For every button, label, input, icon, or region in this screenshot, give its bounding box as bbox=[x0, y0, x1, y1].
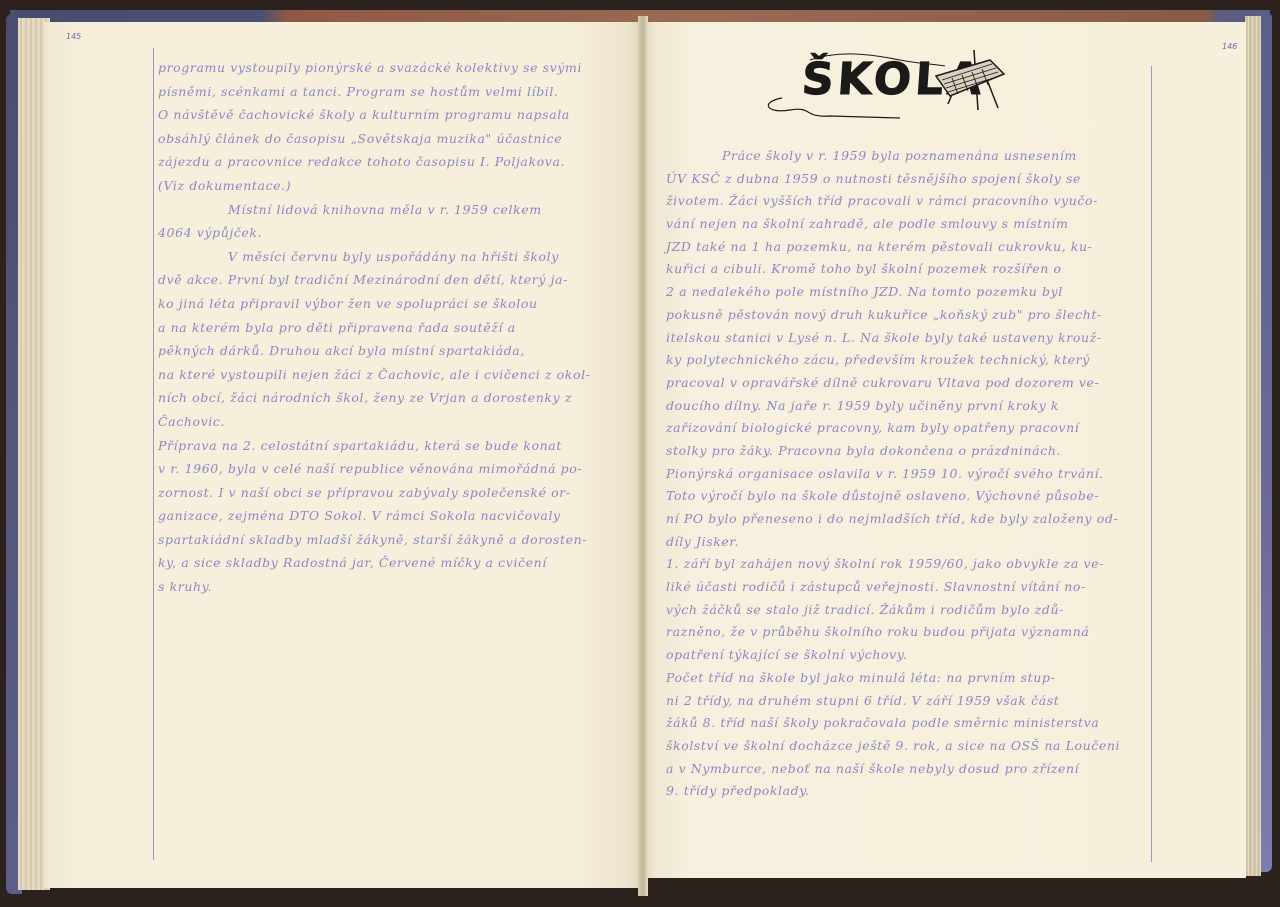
text-line: vání nejen na školní zahradě, ale podle … bbox=[666, 213, 1120, 236]
text-line: obsáhlý článek do časopisu „Sovětskaja m… bbox=[158, 127, 591, 151]
text-line: razněno, že v průběhu školního roku budo… bbox=[666, 621, 1120, 644]
text-line: Čachovic. bbox=[158, 410, 591, 434]
text-line: zornost. I v naší obci se přípravou zabý… bbox=[158, 481, 591, 505]
text-line: ky, a sice skladby Radostná jar, Červené… bbox=[158, 551, 591, 575]
text-line: Příprava na 2. celostátní spartakiádu, k… bbox=[158, 434, 591, 458]
text-line: ních obcí, žáci národních škol, ženy ze … bbox=[158, 386, 591, 410]
text-line: žáků 8. tříd naší školy pokračovala podl… bbox=[666, 712, 1120, 735]
text-line: 9. třídy předpoklady. bbox=[666, 780, 1120, 803]
text-line: vých žáčků se stalo již tradicí. Žákům i… bbox=[666, 599, 1120, 622]
text-line: zařizování biologické pracovny, kam byly… bbox=[666, 417, 1120, 440]
page-stack-right bbox=[1245, 16, 1261, 876]
text-line: ko jiná léta připravil výbor žen ve spol… bbox=[158, 292, 591, 316]
text-line: 2 a nedalekého pole místního JZD. Na tom… bbox=[666, 281, 1120, 304]
text-line: 4064 výpůjček. bbox=[158, 221, 591, 245]
text-line: programu vystoupily pionýrské a svazácké… bbox=[158, 56, 591, 80]
text-line: V měsíci červnu byly uspořádány na hřišt… bbox=[158, 245, 591, 269]
text-line: pracoval v opravářské dílně cukrovaru Vl… bbox=[666, 372, 1120, 395]
text-line: itelskou stanici v Lysé n. L. Na škole b… bbox=[666, 327, 1120, 350]
text-line: Místní lidová knihovna měla v r. 1959 ce… bbox=[158, 198, 591, 222]
text-line: školství ve školní docházce ještě 9. rok… bbox=[666, 735, 1120, 758]
text-line: dvě akce. První byl tradiční Mezinárodní… bbox=[158, 268, 591, 292]
text-line: liké účasti rodičů i zástupců veřejnosti… bbox=[666, 576, 1120, 599]
text-line: stolky pro žáky. Pracovna byla dokončena… bbox=[666, 440, 1120, 463]
text-line: opatření týkající se školní výchovy. bbox=[666, 644, 1120, 667]
text-line: životem. Žáci vyšších tříd pracovali v r… bbox=[666, 190, 1120, 213]
right-page-number: 146 bbox=[1222, 42, 1237, 51]
right-page-text: Práce školy v r. 1959 byla poznamenána u… bbox=[666, 145, 1120, 803]
text-line: Pionýrská organisace oslavila v r. 1959 … bbox=[666, 463, 1120, 486]
text-line: v r. 1960, byla v celé naší republice vě… bbox=[158, 457, 591, 481]
text-line: Počet tříd na škole byl jako minulá léta… bbox=[666, 667, 1120, 690]
text-line: 1. září byl zahájen nový školní rok 1959… bbox=[666, 553, 1120, 576]
text-line: doucího dílny. Na jaře r. 1959 byly učin… bbox=[666, 395, 1120, 418]
text-line: Práce školy v r. 1959 byla poznamenána u… bbox=[666, 145, 1120, 168]
text-line: pěkných dárků. Druhou akcí byla místní s… bbox=[158, 339, 591, 363]
text-line: O návštěvě čachovické školy a kulturním … bbox=[158, 103, 591, 127]
text-line: JZD také na 1 ha pozemku, na kterém pěst… bbox=[666, 236, 1120, 259]
text-line: kuřici a cibuli. Kromě toho byl školní p… bbox=[666, 258, 1120, 281]
book-gutter bbox=[638, 16, 648, 896]
text-line: ganizace, zejména DTO Sokol. V rámci Sok… bbox=[158, 504, 591, 528]
left-page-text: programu vystoupily pionýrské a svazácké… bbox=[158, 56, 591, 599]
text-line: Toto výročí bylo na škole důstojně oslav… bbox=[666, 485, 1120, 508]
right-margin-rule bbox=[1151, 66, 1152, 862]
text-line: a v Nymburce, neboť na naší škole nebyly… bbox=[666, 758, 1120, 781]
text-line: díly Jisker. bbox=[666, 531, 1120, 554]
text-line: ÚV KSČ z dubna 1959 o nutnosti těsnějšíh… bbox=[666, 168, 1120, 191]
text-line: s kruhy. bbox=[158, 575, 591, 599]
text-line: a na kterém byla pro děti připravena řad… bbox=[158, 316, 591, 340]
text-line: pokusně pěstován nový druh kukuřice „koň… bbox=[666, 304, 1120, 327]
text-line: ni 2 třídy, na druhém stupni 6 tříd. V z… bbox=[666, 690, 1120, 713]
text-line: zájezdu a pracovnice redakce tohoto časo… bbox=[158, 150, 591, 174]
left-page-number: 145 bbox=[66, 32, 81, 41]
left-margin-rule bbox=[153, 48, 154, 860]
text-line: ní PO bylo přeneseno i do nejmladších tř… bbox=[666, 508, 1120, 531]
text-line: spartakiádní skladby mladší žákyně, star… bbox=[158, 528, 591, 552]
text-line: ky polytechnického zácu, především krouž… bbox=[666, 349, 1120, 372]
section-heading: ŠKOLA bbox=[760, 40, 990, 120]
text-line: písněmi, scénkami a tanci. Program se ho… bbox=[158, 80, 591, 104]
easel-blackboard-icon bbox=[928, 48, 1008, 110]
text-line: (Viz dokumentace.) bbox=[158, 174, 591, 198]
text-line: na které vystoupili nejen žáci z Čachovi… bbox=[158, 363, 591, 387]
